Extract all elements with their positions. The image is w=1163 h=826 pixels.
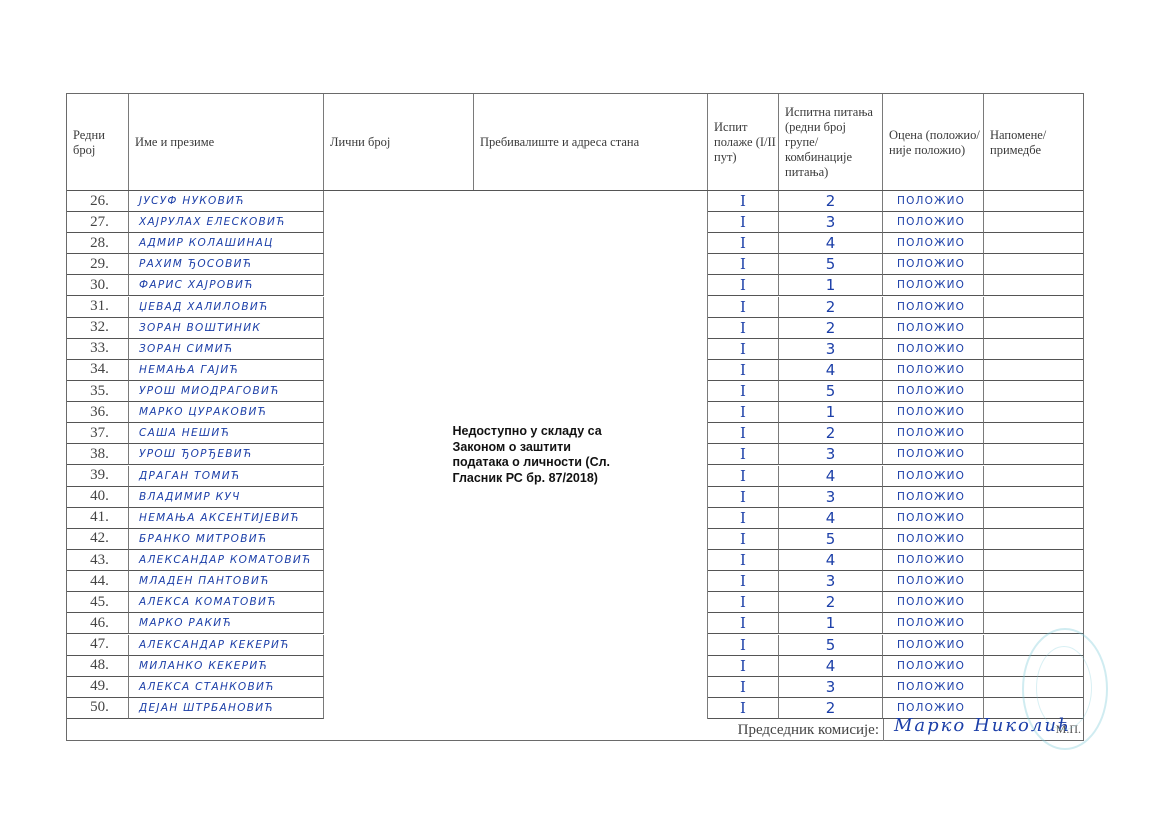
- exam-attempt: I: [708, 529, 779, 550]
- row-number: 45.: [67, 592, 129, 613]
- candidate-name: Немања Гајић: [129, 360, 324, 381]
- row-number: 39.: [67, 466, 129, 487]
- question-group: 1: [779, 275, 883, 296]
- candidate-name: Фарис Хајровић: [129, 275, 324, 296]
- exam-attempt: I: [708, 212, 779, 233]
- exam-results-table: Редни број Име и презиме Лични број Преб…: [66, 93, 1084, 741]
- grade: положио: [883, 677, 984, 698]
- grade: положио: [883, 212, 984, 233]
- row-number: 37.: [67, 423, 129, 444]
- notes-cell: [984, 233, 1083, 254]
- row-number: 42.: [67, 529, 129, 550]
- notes-cell: [984, 360, 1083, 381]
- notes-cell: [984, 508, 1083, 529]
- header-questions: Испитна питања (редни број групе/ комбин…: [779, 94, 883, 191]
- question-group: 2: [779, 191, 883, 212]
- exam-attempt: I: [708, 402, 779, 423]
- redacted-personal-data-cell: Недоступно у складу са Законом о заштити…: [324, 191, 708, 719]
- notes-cell: [984, 550, 1083, 571]
- row-number: 32.: [67, 318, 129, 339]
- notes-cell: [984, 402, 1083, 423]
- grade: положио: [883, 381, 984, 402]
- row-number: 33.: [67, 339, 129, 360]
- question-group: 4: [779, 508, 883, 529]
- header-attempt: Испит полаже (I/II пут): [708, 94, 779, 191]
- question-group: 4: [779, 656, 883, 677]
- notes-cell: [984, 212, 1083, 233]
- header-address: Пребивалиште и адреса стана: [474, 94, 708, 191]
- row-number: 43.: [67, 550, 129, 571]
- candidate-name: Јусуф Нуковић: [129, 191, 324, 212]
- question-group: 3: [779, 339, 883, 360]
- notes-cell: [984, 254, 1083, 275]
- exam-attempt: I: [708, 592, 779, 613]
- grade: положио: [883, 360, 984, 381]
- grade: положио: [883, 233, 984, 254]
- row-number: 36.: [67, 402, 129, 423]
- exam-attempt: I: [708, 444, 779, 465]
- notes-cell: [984, 381, 1083, 402]
- question-group: 5: [779, 381, 883, 402]
- row-number: 46.: [67, 613, 129, 634]
- exam-attempt: I: [708, 233, 779, 254]
- candidate-name: Зоран Симић: [129, 339, 324, 360]
- exam-attempt: I: [708, 381, 779, 402]
- grade: положио: [883, 444, 984, 465]
- row-number: 31.: [67, 297, 129, 318]
- row-number: 27.: [67, 212, 129, 233]
- candidate-name: Драган Томић: [129, 466, 324, 487]
- question-group: 4: [779, 233, 883, 254]
- table-footer: Председник комисије: Марко Николић М.П.: [67, 719, 1083, 742]
- question-group: 2: [779, 698, 883, 719]
- question-group: 3: [779, 444, 883, 465]
- candidate-name: Урош Миодраговић: [129, 381, 324, 402]
- document-page: Редни број Име и презиме Лични број Преб…: [0, 0, 1163, 826]
- candidate-name: Урош Ђорђевић: [129, 444, 324, 465]
- candidate-name: Немања Аксентијевић: [129, 508, 324, 529]
- candidate-name: Марко Ракић: [129, 613, 324, 634]
- question-group: 5: [779, 254, 883, 275]
- row-number: 26.: [67, 191, 129, 212]
- exam-attempt: I: [708, 656, 779, 677]
- notes-cell: [984, 297, 1083, 318]
- grade: положио: [883, 191, 984, 212]
- row-number: 35.: [67, 381, 129, 402]
- official-stamp-icon: [1022, 628, 1108, 750]
- row-number: 30.: [67, 275, 129, 296]
- question-group: 3: [779, 677, 883, 698]
- grade: положио: [883, 297, 984, 318]
- question-group: 1: [779, 613, 883, 634]
- header-id-number: Лични број: [324, 94, 474, 191]
- grade: положио: [883, 508, 984, 529]
- exam-attempt: I: [708, 275, 779, 296]
- question-group: 2: [779, 592, 883, 613]
- exam-attempt: I: [708, 487, 779, 508]
- exam-attempt: I: [708, 466, 779, 487]
- candidate-name: Александар Коматовић: [129, 550, 324, 571]
- candidate-name: Џевад Халиловић: [129, 297, 324, 318]
- grade: положио: [883, 613, 984, 634]
- row-number: 28.: [67, 233, 129, 254]
- question-group: 2: [779, 297, 883, 318]
- notes-cell: [984, 318, 1083, 339]
- notes-cell: [984, 191, 1083, 212]
- candidate-name: Миланко Кекерић: [129, 656, 324, 677]
- header-name: Име и презиме: [129, 94, 324, 191]
- notes-cell: [984, 466, 1083, 487]
- grade: положио: [883, 487, 984, 508]
- question-group: 5: [779, 529, 883, 550]
- grade: положио: [883, 254, 984, 275]
- grade: положио: [883, 635, 984, 656]
- row-number: 40.: [67, 487, 129, 508]
- notes-cell: [984, 529, 1083, 550]
- row-number: 44.: [67, 571, 129, 592]
- candidate-name: Александар Кекерић: [129, 635, 324, 656]
- grade: положио: [883, 402, 984, 423]
- privacy-notice: Недоступно у складу са Законом о заштити…: [453, 424, 629, 486]
- exam-attempt: I: [708, 191, 779, 212]
- grade: положио: [883, 656, 984, 677]
- stamp-inner-ring: [1036, 646, 1092, 730]
- row-number: 48.: [67, 656, 129, 677]
- exam-attempt: I: [708, 677, 779, 698]
- committee-chair-label: Председник комисије:: [719, 719, 879, 741]
- exam-attempt: I: [708, 698, 779, 719]
- candidate-name: Марко Цураковић: [129, 402, 324, 423]
- header-grade: Оцена (положио/ није положио): [883, 94, 984, 191]
- grade: положио: [883, 318, 984, 339]
- exam-attempt: I: [708, 423, 779, 444]
- exam-attempt: I: [708, 297, 779, 318]
- row-number: 47.: [67, 635, 129, 656]
- row-number: 38.: [67, 444, 129, 465]
- exam-attempt: I: [708, 318, 779, 339]
- notes-cell: [984, 423, 1083, 444]
- grade: положио: [883, 339, 984, 360]
- candidate-name: Алекса Коматовић: [129, 592, 324, 613]
- candidate-name: Дејан Штрбановић: [129, 698, 324, 719]
- row-number: 29.: [67, 254, 129, 275]
- row-number: 49.: [67, 677, 129, 698]
- notes-cell: [984, 275, 1083, 296]
- grade: положио: [883, 275, 984, 296]
- question-group: 3: [779, 571, 883, 592]
- header-row-number: Редни број: [67, 94, 129, 191]
- row-number: 34.: [67, 360, 129, 381]
- candidate-name: Саша Нешић: [129, 423, 324, 444]
- grade: положио: [883, 592, 984, 613]
- candidate-name: Алекса Станковић: [129, 677, 324, 698]
- notes-cell: [984, 592, 1083, 613]
- exam-attempt: I: [708, 613, 779, 634]
- grade: положио: [883, 529, 984, 550]
- notes-cell: [984, 339, 1083, 360]
- exam-attempt: I: [708, 339, 779, 360]
- notes-cell: [984, 487, 1083, 508]
- grade: положио: [883, 550, 984, 571]
- candidate-name: Младен Пантовић: [129, 571, 324, 592]
- question-group: 5: [779, 635, 883, 656]
- candidate-name: Владимир Куч: [129, 487, 324, 508]
- exam-attempt: I: [708, 508, 779, 529]
- exam-attempt: I: [708, 550, 779, 571]
- candidate-name: Бранко Митровић: [129, 529, 324, 550]
- header-notes: Напомене/ примедбе: [984, 94, 1083, 191]
- question-group: 2: [779, 318, 883, 339]
- candidate-name: Рахим Ђосовић: [129, 254, 324, 275]
- grade: положио: [883, 571, 984, 592]
- candidate-name: Адмир Колашинац: [129, 233, 324, 254]
- question-group: 3: [779, 487, 883, 508]
- exam-attempt: I: [708, 254, 779, 275]
- candidate-name: Хајрулах Елесковић: [129, 212, 324, 233]
- exam-attempt: I: [708, 635, 779, 656]
- notes-cell: [984, 571, 1083, 592]
- candidate-name: Зоран Воштиник: [129, 318, 324, 339]
- question-group: 4: [779, 550, 883, 571]
- row-number: 41.: [67, 508, 129, 529]
- question-group: 2: [779, 423, 883, 444]
- notes-cell: [984, 444, 1083, 465]
- grade: положио: [883, 466, 984, 487]
- exam-attempt: I: [708, 360, 779, 381]
- question-group: 4: [779, 466, 883, 487]
- question-group: 3: [779, 212, 883, 233]
- row-number: 50.: [67, 698, 129, 719]
- question-group: 1: [779, 402, 883, 423]
- question-group: 4: [779, 360, 883, 381]
- grade: положио: [883, 423, 984, 444]
- exam-attempt: I: [708, 571, 779, 592]
